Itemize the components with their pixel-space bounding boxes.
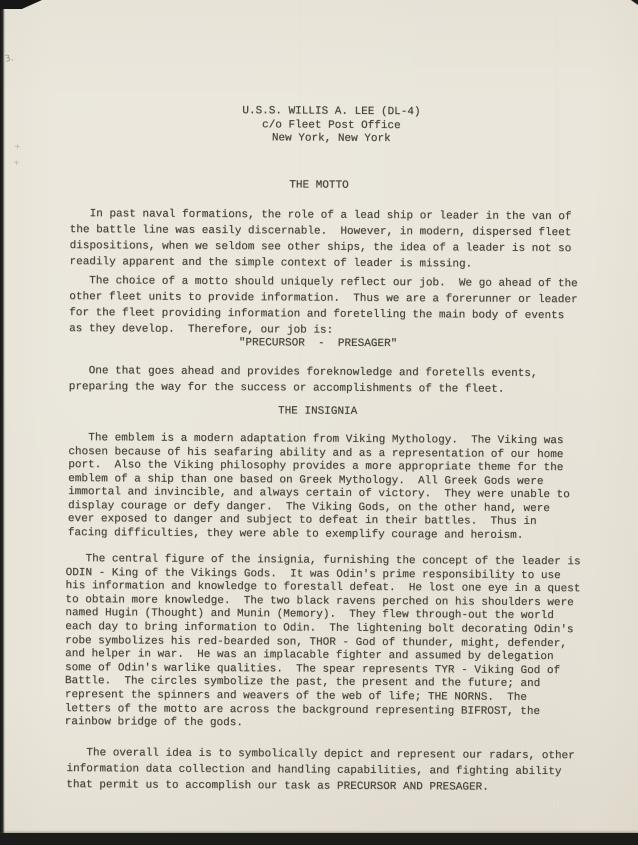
motto-line: "PRECURSOR - PRESAGER" — [0, 336, 637, 352]
motto-paragraph-2: The choice of a motto should uniquely re… — [69, 273, 578, 340]
insignia-paragraph-3: The overall idea is to symbolically depi… — [66, 745, 575, 796]
scan-edge-left — [0, 0, 5, 845]
motto-paragraph-1: In past naval formations, the role of a … — [69, 206, 571, 273]
insignia-paragraph-1: The emblem is a modern adaptation from V… — [68, 432, 570, 543]
pencil-smudge-1: + — [14, 142, 22, 152]
section-heading-insignia: THE INSIGNIA — [0, 404, 637, 420]
typewritten-content: U.S.S. WILLIS A. LEE (DL-4) c/o Fleet Po… — [0, 0, 638, 845]
scan-edge-bottom — [0, 833, 638, 845]
pencil-smudge-2: + — [13, 158, 20, 167]
motto-paragraph-3: One that goes ahead and provides forekno… — [69, 363, 538, 398]
section-heading-motto: THE MOTTO — [0, 178, 638, 194]
pencil-margin-note: 3. — [4, 53, 14, 64]
insignia-paragraph-2: The central figure of the insignia, furn… — [65, 553, 581, 733]
letterhead: U.S.S. WILLIS A. LEE (DL-4) c/o Fleet Po… — [12, 104, 638, 148]
scanned-page: U.S.S. WILLIS A. LEE (DL-4) c/o Fleet Po… — [0, 0, 638, 845]
